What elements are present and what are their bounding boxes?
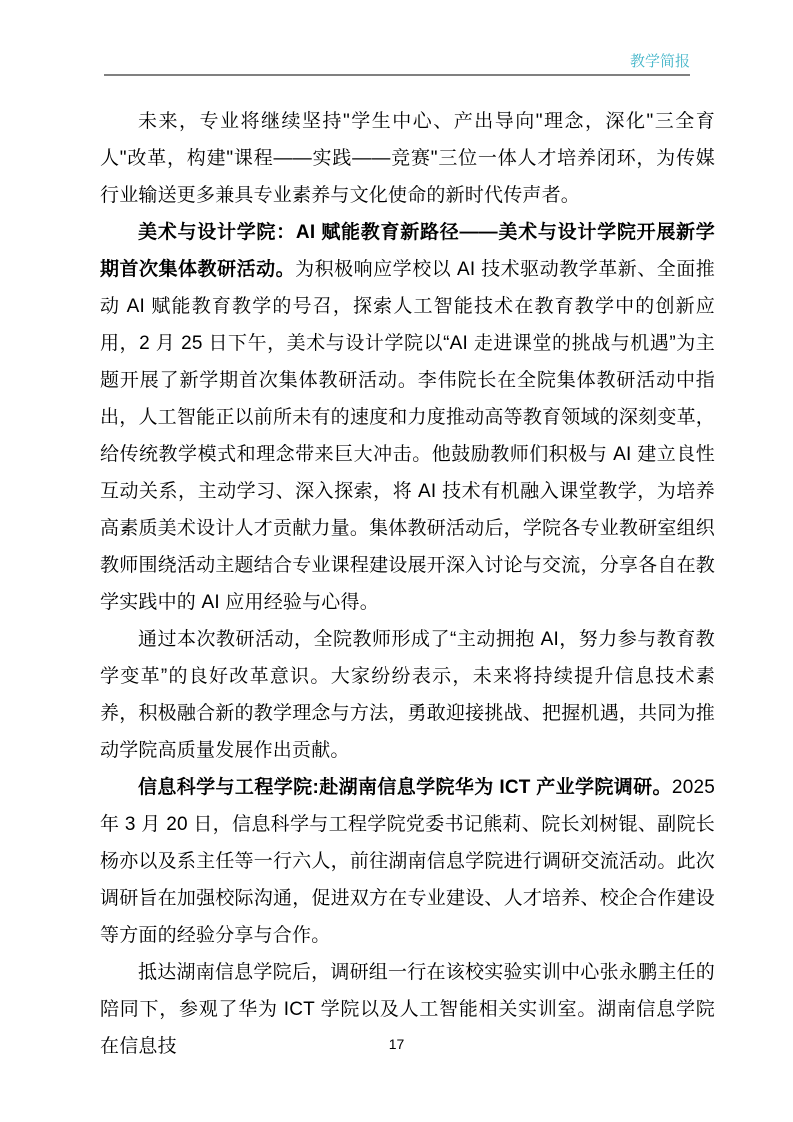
paragraph: 信息科学与工程学院:赴湖南信息学院华为 ICT 产业学院调研。2025 年 3 … — [100, 769, 715, 954]
paragraph: 美术与设计学院：AI 赋能教育新路径——美术与设计学院开展新学期首次集体教研活动… — [100, 214, 715, 621]
document-body: 未来，专业将继续坚持"学生中心、产出导向"理念，深化"三全育人"改革，构建"课程… — [100, 76, 715, 1065]
paragraph-body: 为积极响应学校以 AI 技术驱动教学革新、全面推动 AI 赋能教育教学的号召，探… — [100, 259, 715, 613]
paragraph-body: 2025 年 3 月 20 日，信息科学与工程学院党委书记熊莉、院长刘树锟、副院… — [100, 777, 715, 946]
paragraph: 通过本次教研活动，全院教师形成了“主动拥抱 AI，努力参与教育教学变革”的良好改… — [100, 621, 715, 769]
paragraph-body: 未来，专业将继续坚持"学生中心、产出导向"理念，深化"三全育人"改革，构建"课程… — [100, 111, 715, 206]
document-page: 教学简报 未来，专业将继续坚持"学生中心、产出导向"理念，深化"三全育人"改革，… — [0, 0, 793, 1122]
header-title: 教学简报 — [104, 50, 690, 74]
paragraph-lead: 信息科学与工程学院:赴湖南信息学院华为 ICT 产业学院调研。 — [138, 777, 672, 798]
paragraph-body: 通过本次教研活动，全院教师形成了“主动拥抱 AI，努力参与教育教学变革”的良好改… — [100, 629, 715, 761]
paragraph: 未来，专业将继续坚持"学生中心、产出导向"理念，深化"三全育人"改革，构建"课程… — [100, 103, 715, 214]
page-header: 教学简报 — [104, 0, 690, 76]
page-number: 17 — [389, 1036, 405, 1052]
page-footer: 17 — [0, 1036, 793, 1054]
